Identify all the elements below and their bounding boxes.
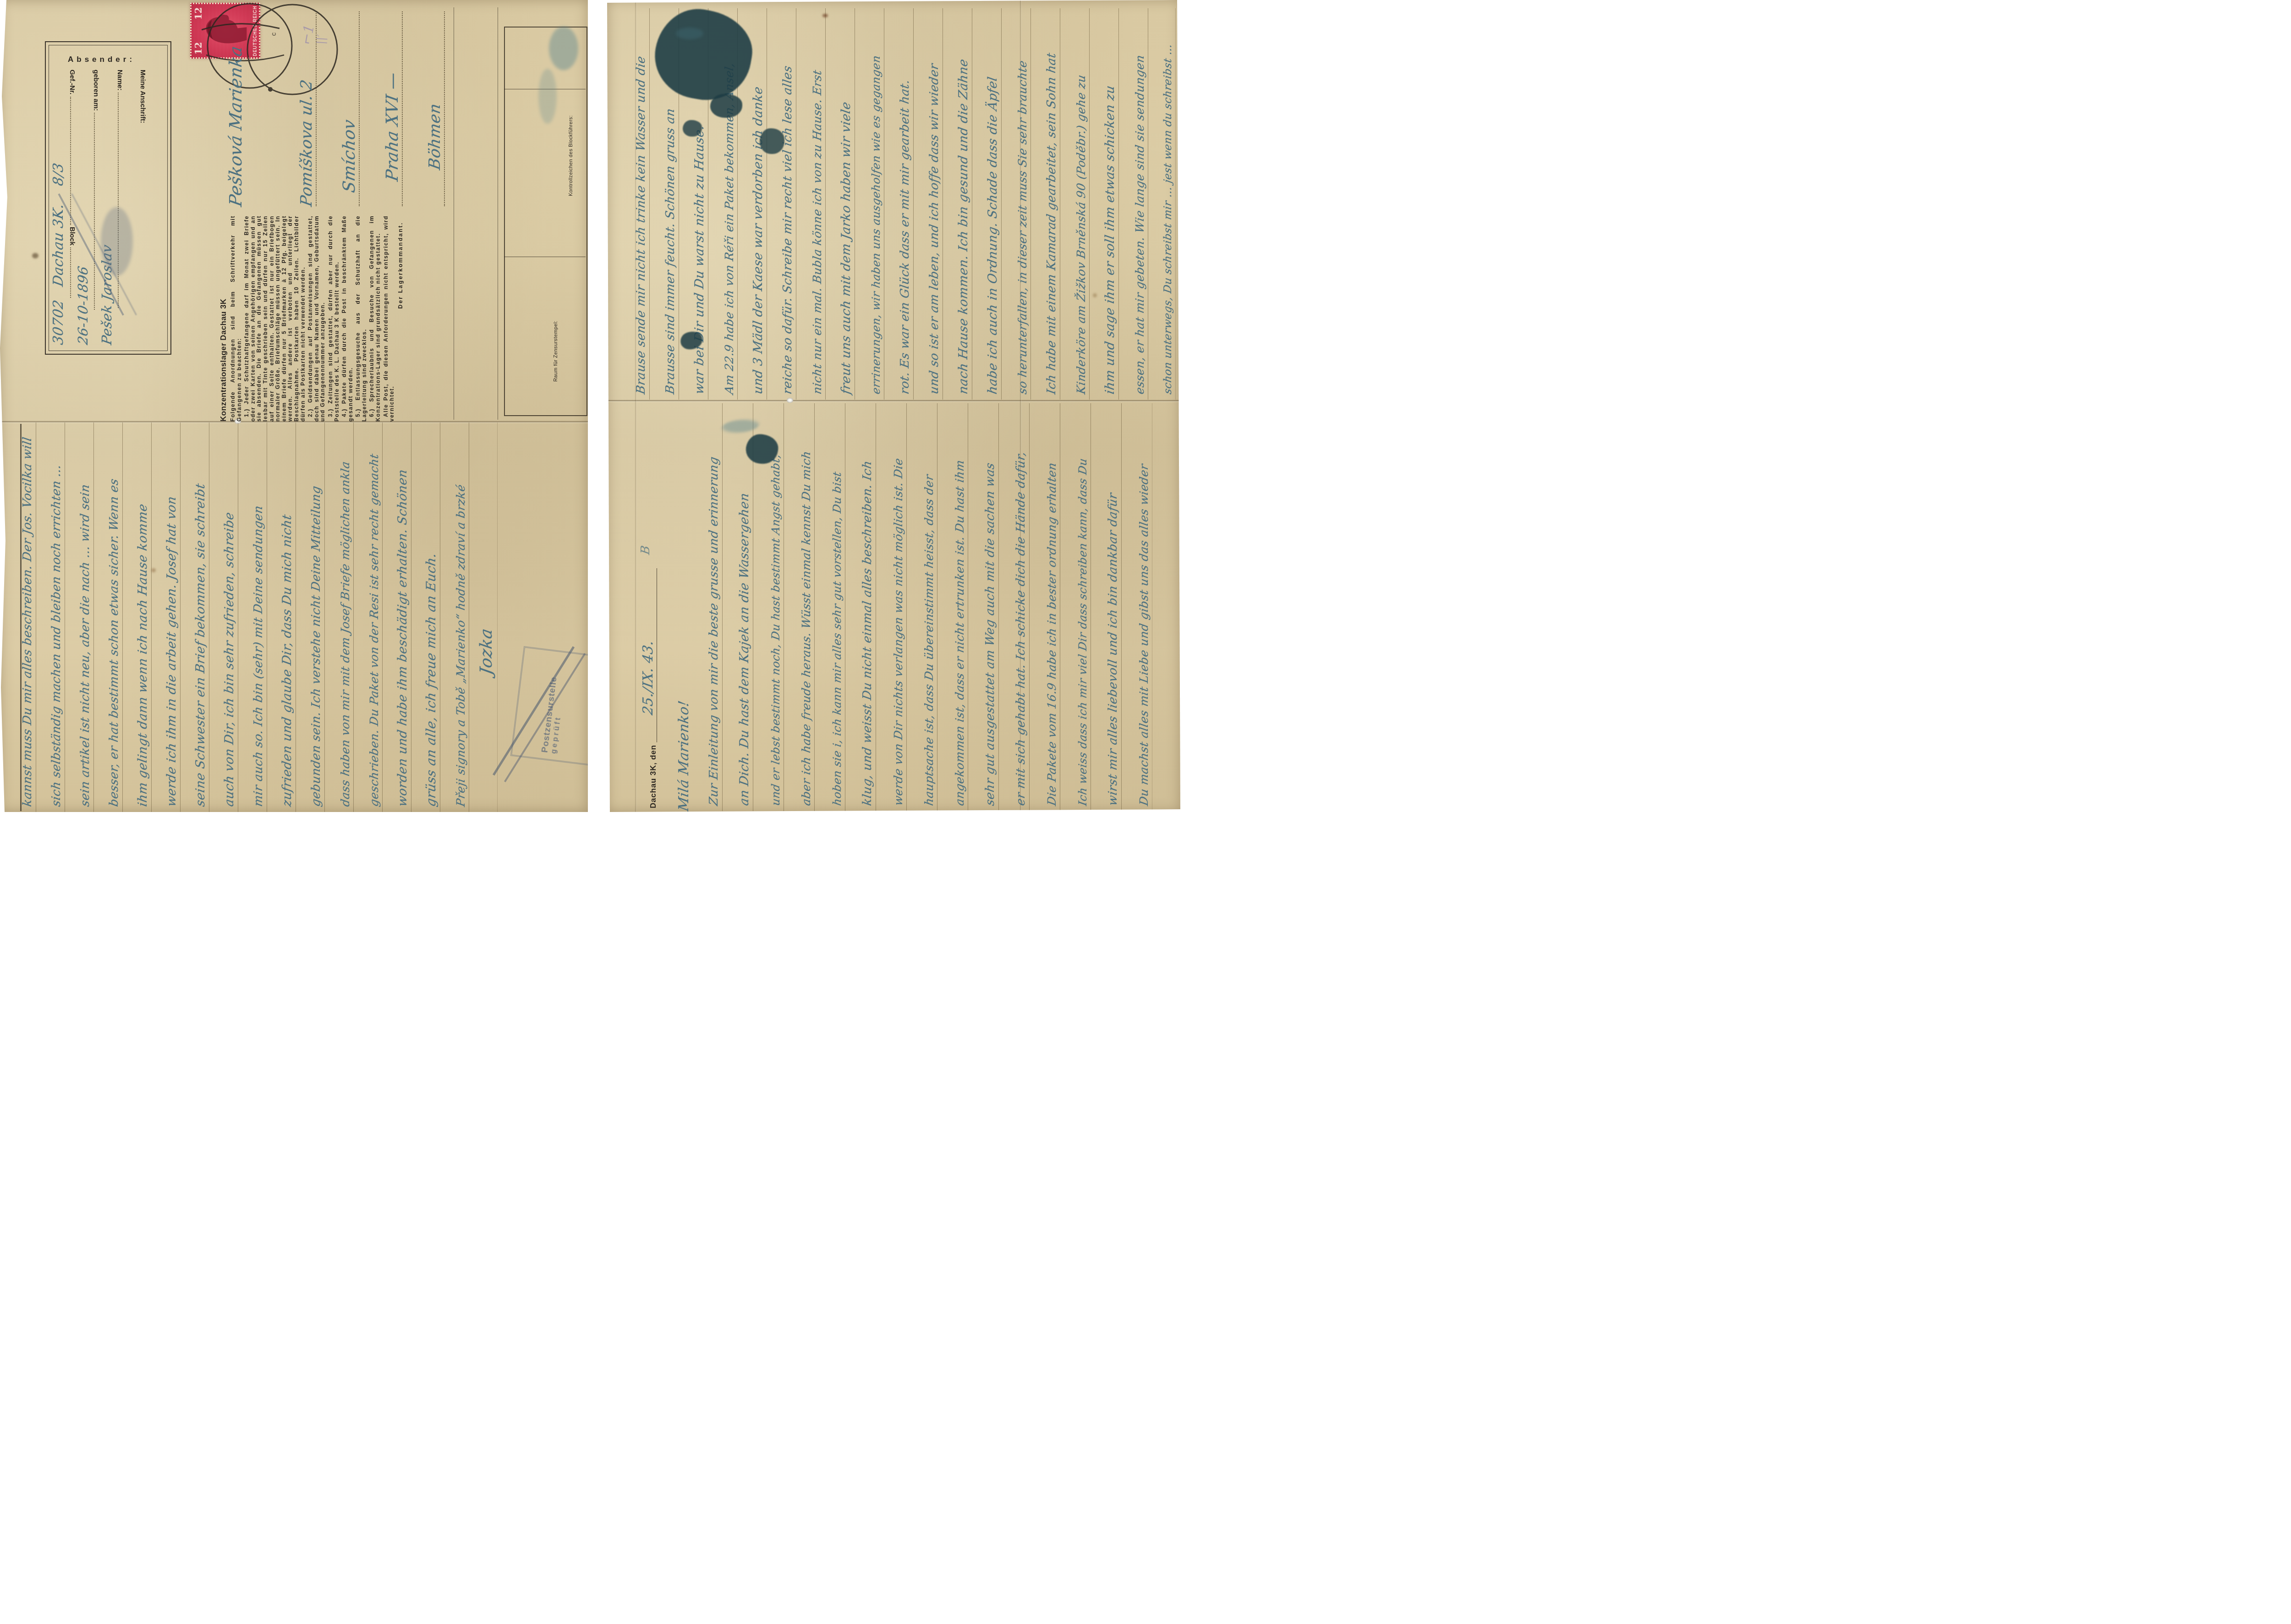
dachau-header-label: Dachau 3K, den — [649, 745, 658, 808]
letter-line: Ich weiss dass ich mir viel Dir dass sch… — [1076, 457, 1089, 807]
letter-line: grüss an alle, ich freue mich an Euch. — [423, 552, 438, 807]
letter-line: ihm gelingt dann wenn ich nach Hause kom… — [136, 503, 150, 807]
letter-line: angekommen ist, dass er nicht ertrunken … — [953, 459, 966, 807]
letter-line: und er lebst bestimmt noch, Du hast best… — [769, 453, 782, 807]
blockfuehrer-label-text: Kontrollzeichen des Blockführers: — [568, 115, 574, 196]
absender-heading: Absender: — [68, 55, 135, 64]
panel-line — [454, 7, 454, 420]
rules-intro: Folgende Anordnungen sind beim Schriftve… — [230, 215, 242, 422]
letter-line: wirst mir alles liebevoll und ich bin da… — [1106, 492, 1120, 807]
scanned-letter-sheets: Absender: Meine Anschrift: Name: geboren… — [0, 0, 1180, 812]
letter-line: essen, er hat mir gebeten. Wie lange sin… — [1133, 54, 1146, 395]
letter-line: war bei Dir und Du warst nicht zu Hause. — [692, 124, 707, 395]
letter-line: klug, und weisst Du nicht einmal alles b… — [860, 460, 874, 807]
letter-line: hoben sie i, ich kann mir alles sehr gut… — [831, 471, 844, 807]
censor-smudge — [549, 27, 578, 70]
paper-stain — [151, 568, 156, 572]
censor-smudge — [538, 69, 557, 124]
letter-line: nicht nur ein mal. Bubla könne ich von z… — [811, 69, 824, 395]
letter-line: Brause sende mir nicht ich trinke kein W… — [634, 55, 648, 395]
letter-line: werde ich ihm in die arbeit gehen. Josef… — [164, 495, 179, 808]
letter-line: gebunden sein. Ich verstehe nicht Deine … — [309, 485, 323, 807]
block-value: 8/3 — [50, 162, 66, 187]
paper-stain — [822, 14, 828, 17]
letter-line: habe ich auch in Ordnung. Schade dass di… — [986, 76, 1000, 395]
letter-page-left: kannst muss Du mir alles beschreiben. De… — [7, 422, 511, 812]
censor-blackout — [683, 120, 702, 137]
letter-line: zufrieden und glaube Dir, dass Du mich n… — [280, 513, 294, 807]
letter-line: er mit sich gehabt hat. Ich schicke dich… — [1014, 450, 1028, 807]
letter-line: errinerungen, wir haben uns ausgeholfen … — [870, 55, 882, 395]
fold-crease — [607, 400, 1180, 402]
absender-box: Absender: Meine Anschrift: Name: geboren… — [45, 41, 171, 355]
letter-line: sehr gut ausgestattet am Weg auch mit di… — [983, 462, 997, 807]
letter-line: worden und habe ihm beschädigt erhalten.… — [395, 468, 410, 808]
rules-item: 6.) Sprecherlaubnis und Besuche von Gefa… — [369, 215, 381, 422]
paper-stain — [32, 253, 38, 258]
right-scan-page: Brause sende mir nicht ich trinke kein W… — [607, 0, 1180, 812]
left-scan-page: Absender: Meine Anschrift: Name: geboren… — [0, 0, 588, 812]
address-line: Smíchov — [340, 118, 359, 194]
letter-line: aber ich habe freude heraus. Wüsst einma… — [800, 450, 813, 807]
letter-line: rot. Es war ein Glück dass er mit mir ge… — [898, 78, 912, 395]
zensurstempel-label: Raum für Zensurstempel: — [553, 267, 560, 382]
letter-line: Du machst alles mit Liebe und gibst uns … — [1137, 463, 1151, 807]
letter-line: kannst muss Du mir alles beschreiben. De… — [21, 436, 34, 807]
letter-line: Zur Einleitung von mir die beste grusse … — [707, 455, 721, 807]
letter-line: geschrieben. Du Paket von der Resi ist s… — [367, 453, 381, 807]
letter-line: Die Pakete vom 16.9 habe ich in bester o… — [1045, 461, 1058, 807]
letter-line: auch von Dir, ich bin sehr zufrieden, sc… — [222, 511, 236, 807]
letter-line: Brausse sind immer feucht. Schönen gruss… — [663, 107, 677, 395]
date-rule-line — [657, 568, 657, 742]
letter-line: Ich habe mit einem Kamarad gearbeitet, s… — [1045, 52, 1058, 395]
censor-blackout — [760, 128, 784, 154]
salutation: Milá Marienko! — [676, 699, 692, 812]
control-box-divider — [504, 257, 586, 257]
letter-line: ihm und sage ihm er soll ihm etwas schic… — [1103, 84, 1117, 395]
address-line: Böhmen — [426, 102, 444, 171]
address-line: Pomíškova ul. 2 — [297, 78, 316, 208]
censor-smudge — [676, 27, 703, 39]
letter-line: Přeji signory a Tobě „Marienko“ hodně zd… — [454, 483, 467, 807]
camp-value: Dachau 3K. — [50, 203, 66, 287]
letter-line: nach Hause kommen. Ich bin gesund und di… — [956, 58, 970, 395]
letter-line: besser, er hat bestimmt schon etwas sich… — [107, 477, 121, 807]
letter-line: seine Schwester ein Brief bekommen, sie … — [193, 482, 208, 807]
letter-line: so herunterfallen, in dieser zeit muss S… — [1016, 60, 1029, 395]
letter-line: und so ist er am leben, und ich hoffe da… — [927, 63, 941, 395]
rules-title: Konzentrationslager Dachau 3K — [219, 215, 228, 422]
zensurstempel-label-text: Raum für Zensurstempel: — [553, 321, 559, 382]
panel-line — [498, 7, 498, 420]
address-line: Praha XVI — — [383, 71, 402, 182]
rules-item: 4.) Pakete dürfen durch die Post in besc… — [341, 215, 354, 422]
letter-line: sich selbständig machen und bleiben noch… — [49, 463, 63, 807]
signature: Jozka — [477, 627, 496, 676]
date-value: 25./IX. 43. — [640, 639, 656, 716]
letter-line: reiche so dafür. Schreibe mir recht viel… — [781, 65, 795, 395]
rules-item: 3.) Zeitungen sind gestattet, dürfen abe… — [328, 215, 340, 422]
letter-line: an Dich. Du hast dem Kajek an die Wasser… — [737, 492, 751, 807]
censor-blackout — [710, 94, 742, 118]
address-block: Pešková Marienka Pomíškova ul. 2 Smíchov… — [218, 11, 449, 206]
prisoner-number-value: 30702 — [50, 299, 66, 346]
letter-line: mir auch so. Ich bin (sehr) mit Deine se… — [252, 505, 265, 807]
letter-line: schon unterwegs, Du schreibst mir … jest… — [1162, 43, 1174, 395]
page-check-mark: B — [639, 544, 652, 555]
letter-line: Kinderköre am Žižkov Brněnská 90 (Poděbr… — [1074, 74, 1088, 395]
letter-page-bottom-right: Dachau 3K, den 25./IX. 43. B Milá Marien… — [628, 403, 1180, 811]
rules-signoff: Der Lagerkommandant. — [397, 215, 404, 422]
letter-line: werde von Dir nichts verlangen was nicht… — [892, 457, 905, 807]
letter-line: sein artikel ist nicht neu, aber die nac… — [78, 483, 92, 807]
rules-closing: Alle Post, die diesen Anforderungen nich… — [383, 215, 395, 422]
rules-item: 5.) Entlassungsgesuche aus der Schutzhaf… — [355, 215, 367, 422]
letter-line: hauptsache ist, dass Du übereinstimmt he… — [922, 473, 936, 807]
censor-rubber-stamp: Postzensurstelle geprüft — [510, 646, 588, 766]
born-value: 26-10-1896 — [75, 265, 91, 346]
letter-line: dass haben von mir mit dem Josef Briefe … — [339, 461, 352, 808]
letter-line: freut uns auch mit dem Jarko haben wir v… — [839, 101, 853, 395]
paper-stain — [1093, 293, 1097, 297]
rules-item: 1.) Jeder Schutzhaftgefangene darf im Mo… — [244, 215, 306, 422]
address-line: Pešková Marienka — [226, 44, 246, 208]
rules-block: Konzentrationslager Dachau 3K Folgende A… — [219, 215, 426, 422]
rules-item: 2.) Geldsendungen auf Postanweisungen si… — [307, 215, 326, 422]
censor-smudge — [101, 207, 133, 276]
